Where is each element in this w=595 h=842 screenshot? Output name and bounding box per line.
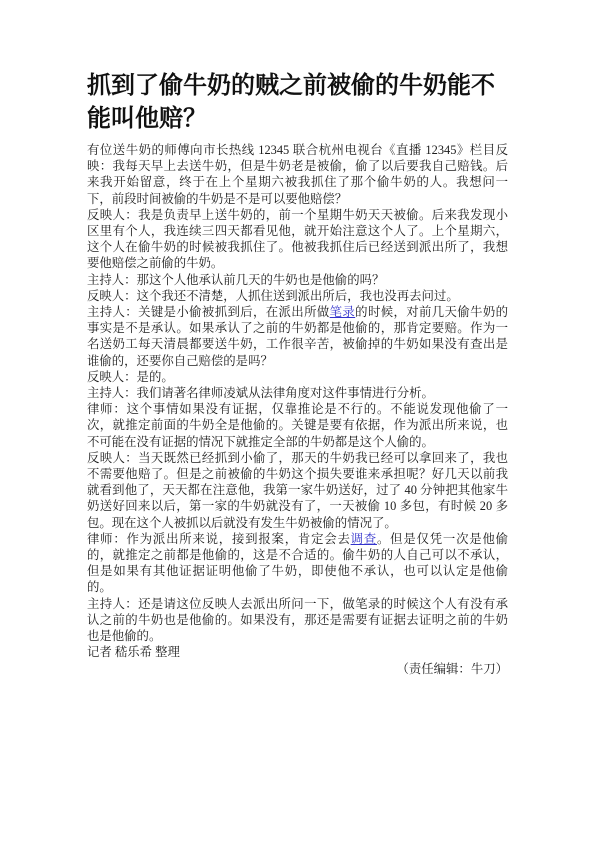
text-run: 律师：作为派出所来说，接到报案，肯定会去: [87, 532, 351, 546]
paragraph: 主持人：那这个人他承认前几天的牛奶也是他偷的吗？: [87, 272, 508, 288]
text-run: 反映人：我是负责早上送牛奶的，前一个星期牛奶天天被偷。后来我发现小区里有个人，我…: [87, 208, 508, 271]
text-run: 主持人：我们请著名律师凌斌从法律角度对这件事情进行分析。: [87, 386, 434, 400]
document-page: 抓到了偷牛奶的贼之前被偷的牛奶能不能叫他赔？ 有位送牛奶的师傅向市长热线 123…: [0, 0, 595, 842]
text-run: 主持人：关键是小偷被抓到后，在派出所做: [87, 305, 330, 319]
text-run: （责任编辑：牛刀）: [396, 662, 508, 676]
paragraph: 主持人：关键是小偷被抓到后，在派出所做笔录的时候，对前几天偷牛奶的事实是不是承认…: [87, 304, 508, 369]
paragraph: 反映人：这个我还不清楚，人抓住送到派出所后，我也没再去问过。: [87, 288, 508, 304]
text-run: 记者 嵇乐希 整理: [87, 645, 180, 659]
text-run: 反映人：这个我还不清楚，人抓住送到派出所后，我也没再去问过。: [87, 289, 459, 303]
text-run: 主持人：还是请这位反映人去派出所问一下，做笔录的时候这个人有没有承认之前的牛奶也…: [87, 597, 508, 643]
article-title: 抓到了偷牛奶的贼之前被偷的牛奶能不能叫他赔？: [87, 70, 508, 136]
text-run: 反映人：是的。: [87, 370, 174, 384]
paragraph: 有位送牛奶的师傅向市长热线 12345 联合杭州电视台《直播 12345》栏目反…: [87, 142, 508, 207]
paragraph: 反映人：是的。: [87, 369, 508, 385]
inline-link[interactable]: 笔录: [330, 305, 356, 319]
text-run: 律师：这个事情如果没有证据，仅靠推论是不行的。不能说发现他偷了一次，就推定前面的…: [87, 402, 508, 448]
paragraph: 主持人：还是请这位反映人去派出所问一下，做笔录的时候这个人有没有承认之前的牛奶也…: [87, 596, 508, 645]
article-body: 有位送牛奶的师傅向市长热线 12345 联合杭州电视台《直播 12345》栏目反…: [87, 142, 508, 677]
inline-link[interactable]: 调查: [351, 532, 377, 546]
paragraph: （责任编辑：牛刀）: [87, 661, 508, 677]
paragraph: 反映人：当天既然已经抓到小偷了，那天的牛奶我已经可以拿回来了，我也不需要他赔了。…: [87, 450, 508, 531]
paragraph: 记者 嵇乐希 整理: [87, 644, 508, 660]
paragraph: 主持人：我们请著名律师凌斌从法律角度对这件事情进行分析。: [87, 385, 508, 401]
paragraph: 律师：这个事情如果没有证据，仅靠推论是不行的。不能说发现他偷了一次，就推定前面的…: [87, 401, 508, 450]
text-run: 主持人：那这个人他承认前几天的牛奶也是他偷的吗？: [87, 273, 384, 287]
text-run: 有位送牛奶的师傅向市长热线 12345 联合杭州电视台《直播 12345》栏目反…: [87, 143, 508, 206]
text-run: 反映人：当天既然已经抓到小偷了，那天的牛奶我已经可以拿回来了，我也不需要他赔了。…: [87, 451, 508, 530]
paragraph: 律师：作为派出所来说，接到报案，肯定会去调查。但是仅凭一次是他偷的，就推定之前都…: [87, 531, 508, 596]
paragraph: 反映人：我是负责早上送牛奶的，前一个星期牛奶天天被偷。后来我发现小区里有个人，我…: [87, 207, 508, 272]
